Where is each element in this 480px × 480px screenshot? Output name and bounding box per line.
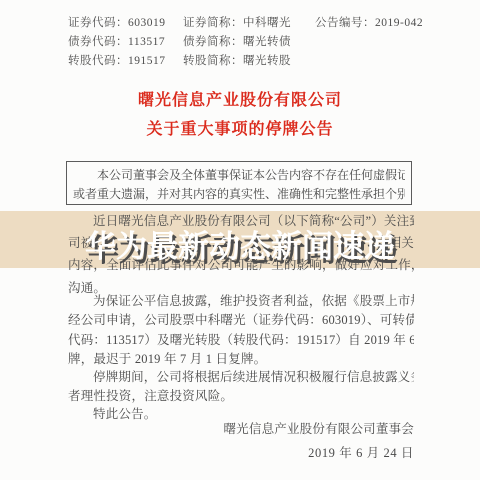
- body-paragraph-line: 代码：113517）及曙光转股（转股代码：191517）自 2019 年 6 月…: [68, 333, 414, 347]
- signature-board: 曙光信息产业股份有限公司董事会: [68, 422, 414, 436]
- bond-code: 债券代码：113517: [68, 33, 165, 49]
- body-paragraph-line: 沟通。: [68, 281, 414, 295]
- body-paragraph-line: 经公司申请，公司股票中科曙光（证券代码：603019）、可转债曙光转债（债券: [68, 313, 414, 327]
- bond-abbr: 债券简称：曙光转债: [183, 33, 291, 49]
- body-paragraph-line: 停牌期间，公司将根据后续进展情况积极履行信息披露义务，敬请广大投资: [68, 370, 414, 384]
- disclaimer-line: 或者重大遗漏，并对其内容的真实性、准确性和完整性承担个别及连带责任。: [73, 185, 405, 204]
- announcement-number: 公告编号：2019-042: [315, 14, 423, 30]
- company-name-title: 曙光信息产业股份有限公司: [0, 87, 480, 110]
- body-paragraph-line: 者理性投资，注意投资风险。: [68, 389, 414, 403]
- conversion-abbr: 转股简称：曙光转股: [183, 52, 291, 68]
- disclaimer-box: 本公司董事会及全体董事保证本公告内容不存在任何虚假记载、误导性陈述 或者重大遗漏…: [66, 161, 412, 205]
- announcement-title: 关于重大事项的停牌公告: [0, 116, 480, 139]
- securities-abbr: 证券简称：中科曙光: [183, 14, 291, 30]
- disclaimer-line: 本公司董事会及全体董事保证本公告内容不存在任何虚假记载、误导性陈述: [73, 166, 405, 185]
- closing-statement: 特此公告。: [68, 407, 414, 421]
- body-paragraph-line: 为保证公平信息披露，维护投资者利益，依据《股票上市规则》等相关规定，: [68, 294, 414, 308]
- signature-date: 2019 年 6 月 24 日: [68, 446, 414, 460]
- conversion-code: 转股代码：191517: [68, 52, 166, 68]
- announcement-document: 证券代码：603019 证券简称：中科曙光 公告编号：2019-042 债券代码…: [0, 0, 480, 480]
- body-paragraph-line: 牌，最迟于 2019 年 7 月 1 日复牌。: [68, 352, 414, 366]
- watermark-headline: 华为最新动态新闻速递: [0, 221, 480, 266]
- securities-code: 证券代码：603019: [68, 14, 166, 30]
